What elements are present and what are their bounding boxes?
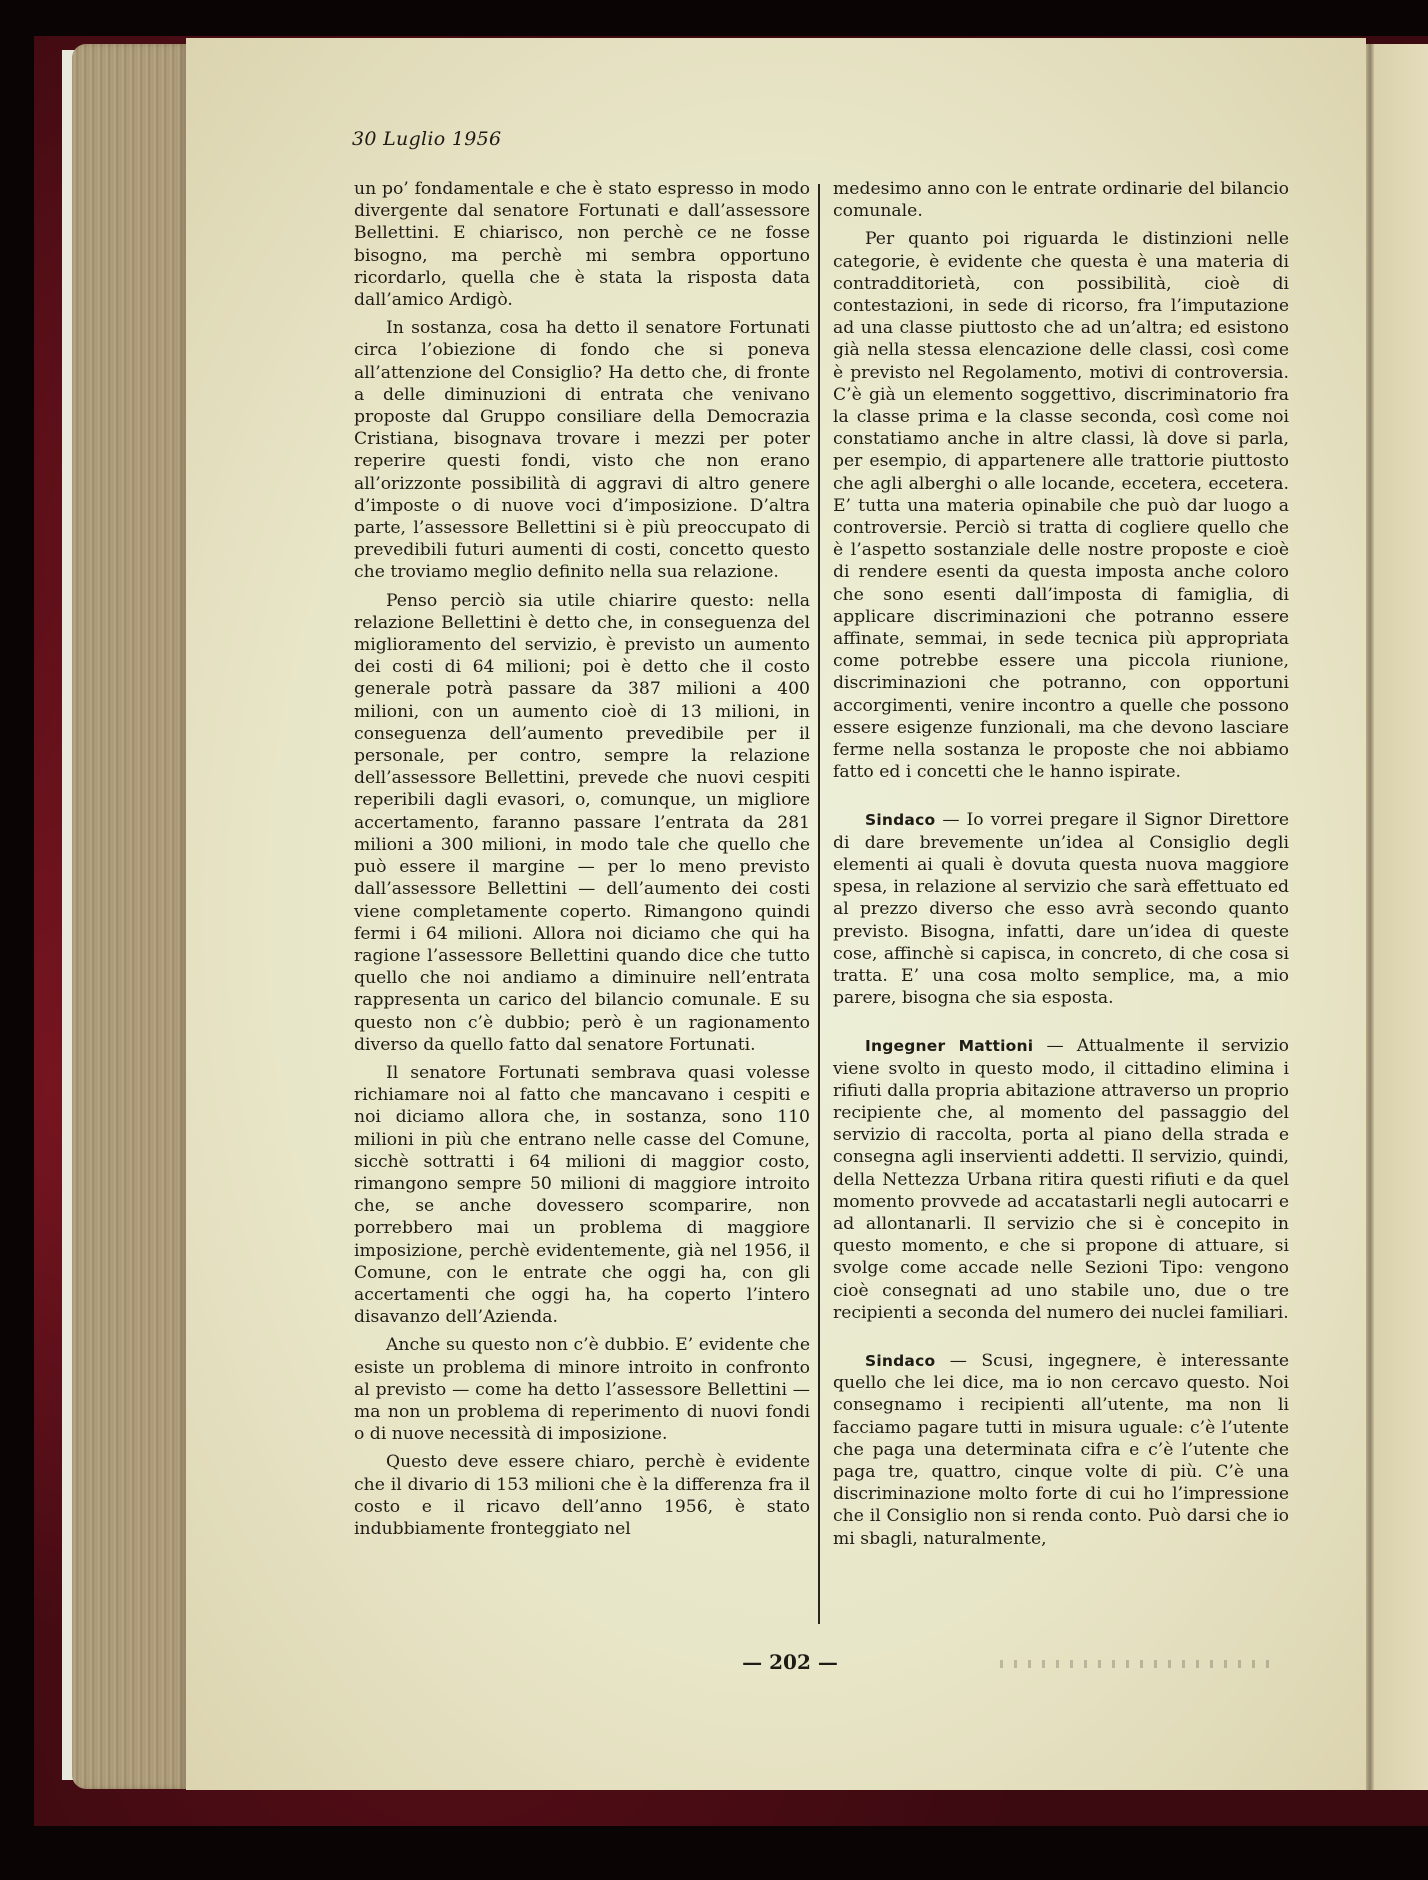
speaker-name: Sindaco (865, 1352, 935, 1370)
paragraph: Questo deve essere chiaro, perchè è evid… (354, 1451, 810, 1540)
left-column: un po’ fondamentale e che è stato espres… (354, 178, 810, 1546)
speech-text: — Io vorrei pregare il Signor Direttore … (833, 810, 1289, 1008)
speech-mattioni: Ingegner Mattioni — Attualmente il servi… (833, 1035, 1289, 1324)
show-through-marks (1000, 1660, 1280, 1668)
paragraph: In sostanza, cosa ha detto il senatore F… (354, 317, 810, 583)
book-gutter (1366, 44, 1374, 1790)
speech-sindaco-2: Sindaco — Scusi, ingegnere, è interessan… (833, 1350, 1289, 1550)
speech-sindaco-1: Sindaco — Io vorrei pregare il Signor Di… (833, 809, 1289, 1009)
paragraph: Il senatore Fortunati sembrava quasi vol… (354, 1062, 810, 1328)
paragraph: un po’ fondamentale e che è stato espres… (354, 178, 810, 311)
facing-page-edge (1374, 44, 1428, 1790)
paragraph: Penso perciò sia utile chiarire questo: … (354, 590, 810, 1056)
speech-text: — Attualmente il servizio viene svolto i… (833, 1036, 1289, 1322)
right-column: medesimo anno con le entrate ordinarie d… (833, 178, 1289, 1556)
speaker-name: Ingegner Mattioni (865, 1037, 1033, 1055)
paragraph: Per quanto poi riguarda le distinzioni n… (833, 228, 1289, 783)
paragraph: Anche su questo non c’è dubbio. E’ evide… (354, 1334, 810, 1445)
running-head-date: 30 Luglio 1956 (352, 128, 501, 150)
speaker-name: Sindaco (865, 811, 935, 829)
page-stack-edges (72, 44, 186, 1789)
speech-text: — Scusi, ingegnere, è interessante quell… (833, 1351, 1289, 1549)
paragraph: medesimo anno con le entrate ordinarie d… (833, 178, 1289, 222)
column-divider (818, 184, 820, 1624)
